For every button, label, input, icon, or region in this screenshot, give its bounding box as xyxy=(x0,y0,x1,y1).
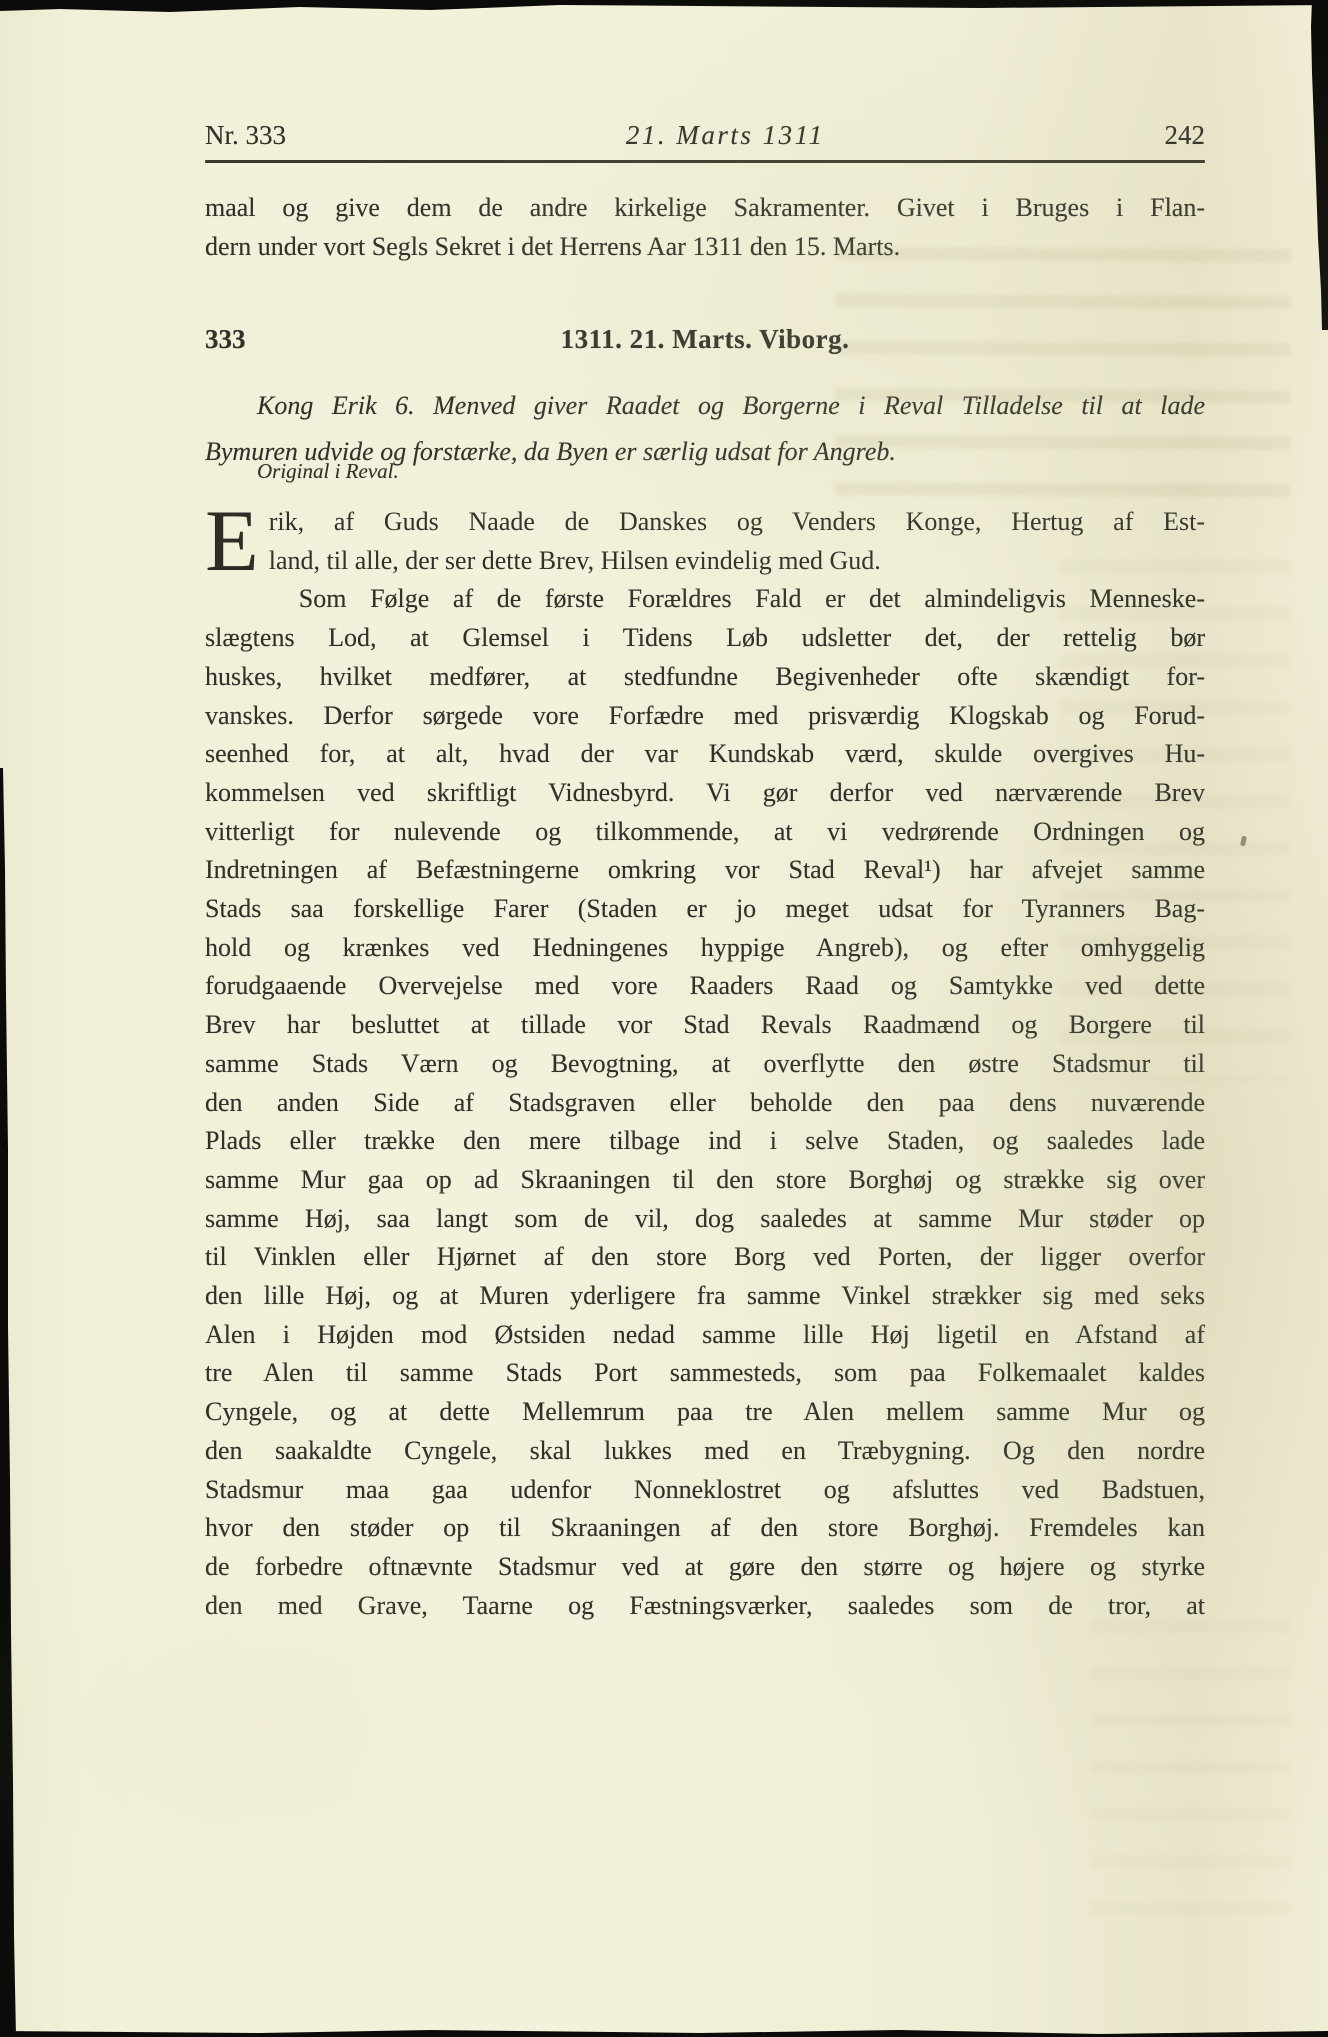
body-line: land, til alle, der ser dette Brev, Hils… xyxy=(205,542,1205,581)
ink-speck-artifact xyxy=(1240,836,1247,847)
body-line: vitterligt for nulevende og tilkommende,… xyxy=(205,813,1205,852)
body-line: Som Følge af de første Forældres Fald er… xyxy=(205,580,1205,619)
body-line: til Vinklen eller Hjørnet af den store B… xyxy=(205,1238,1205,1277)
summary-line: Kong Erik 6. Menved giver Raadet og Borg… xyxy=(205,383,1205,429)
body-line: slægtens Lod, at Glemsel i Tidens Løb ud… xyxy=(205,619,1205,658)
body-line: kommelsen ved skriftligt Vidnesbyrd. Vi … xyxy=(205,774,1205,813)
body-line: hvor den støder op til Skraaningen af de… xyxy=(205,1509,1205,1548)
page-number: 242 xyxy=(1164,120,1205,151)
body-line: Brev har besluttet at tillade vor Stad R… xyxy=(205,1006,1205,1045)
body-line: hold og krænkes ved Hedningenes hyppige … xyxy=(205,929,1205,968)
body-line: Stads saa forskellige Farer (Staden er j… xyxy=(205,890,1205,929)
entry-body: E rik, af Guds Naade de Danskes og Vende… xyxy=(205,503,1205,1625)
drop-cap: E xyxy=(205,504,259,581)
body-line: samme Mur gaa op ad Skraaningen til den … xyxy=(205,1161,1205,1200)
body-line: den lille Høj, og at Muren yderligere fr… xyxy=(205,1277,1205,1316)
previous-document-ending: maal og give dem de andre kirkelige Sakr… xyxy=(205,189,1205,266)
intro-line: dern under vort Segls Sekret i det Herre… xyxy=(205,228,1205,267)
body-line: Stadsmur maa gaa udenfor Nonneklostret o… xyxy=(205,1471,1205,1510)
entry-heading: 333 1311. 21. Marts. Viborg. xyxy=(205,324,1205,355)
body-line: seenhed for, at alt, hvad der var Kundsk… xyxy=(205,735,1205,774)
body-line: den med Grave, Taarne og Fæstningsværker… xyxy=(205,1587,1205,1626)
show-through-artifact xyxy=(1090,1620,1290,1920)
body-line: Plads eller trække den mere tilbage ind … xyxy=(205,1122,1205,1161)
scanned-book-page: Nr. 333 21. Marts 1311 242 maal og give … xyxy=(0,0,1328,2037)
body-line: tre Alen til samme Stads Port sammesteds… xyxy=(205,1354,1205,1393)
running-head-date: 21. Marts 1311 xyxy=(626,120,825,151)
body-lines: Som Følge af de første Forældres Fald er… xyxy=(205,580,1205,1625)
intro-line: maal og give dem de andre kirkelige Sakr… xyxy=(205,189,1205,228)
entry-number: 333 xyxy=(205,324,246,355)
running-head: Nr. 333 21. Marts 1311 242 xyxy=(205,120,1205,151)
source-note: Original i Reval. xyxy=(205,459,1205,484)
body-line: forudgaaende Overvejelse med vore Raader… xyxy=(205,967,1205,1006)
scan-edge-top xyxy=(0,0,1328,14)
scan-edge-bottom xyxy=(0,2028,1328,2037)
body-line: Indretningen af Befæstningerne omkring v… xyxy=(205,851,1205,890)
entry-date-place: 1311. 21. Marts. Viborg. xyxy=(205,324,1205,355)
body-line: samme Stads Værn og Bevogtning, at overf… xyxy=(205,1045,1205,1084)
drop-cap-lines: rik, af Guds Naade de Danskes og Venders… xyxy=(205,503,1205,580)
scan-edge-left xyxy=(0,768,18,2037)
body-line: rik, af Guds Naade de Danskes og Venders… xyxy=(205,503,1205,542)
body-line: den saakaldte Cyngele, skal lukkes med e… xyxy=(205,1432,1205,1471)
body-line: vanskes. Derfor sørgede vore Forfædre me… xyxy=(205,697,1205,736)
body-line: Cyngele, og at dette Mellemrum paa tre A… xyxy=(205,1393,1205,1432)
header-rule xyxy=(205,160,1205,163)
body-line: samme Høj, saa langt som de vil, dog saa… xyxy=(205,1200,1205,1239)
scan-edge-right xyxy=(1308,0,1328,330)
body-line: huskes, hvilket medfører, at stedfundne … xyxy=(205,658,1205,697)
body-line: den anden Side af Stadsgraven eller beho… xyxy=(205,1084,1205,1123)
body-line: de forbedre oftnævnte Stadsmur ved at gø… xyxy=(205,1548,1205,1587)
document-number-label: Nr. 333 xyxy=(205,120,286,151)
body-line: Alen i Højden mod Østsiden nedad samme l… xyxy=(205,1316,1205,1355)
opening-paragraph: E rik, af Guds Naade de Danskes og Vende… xyxy=(205,503,1205,580)
